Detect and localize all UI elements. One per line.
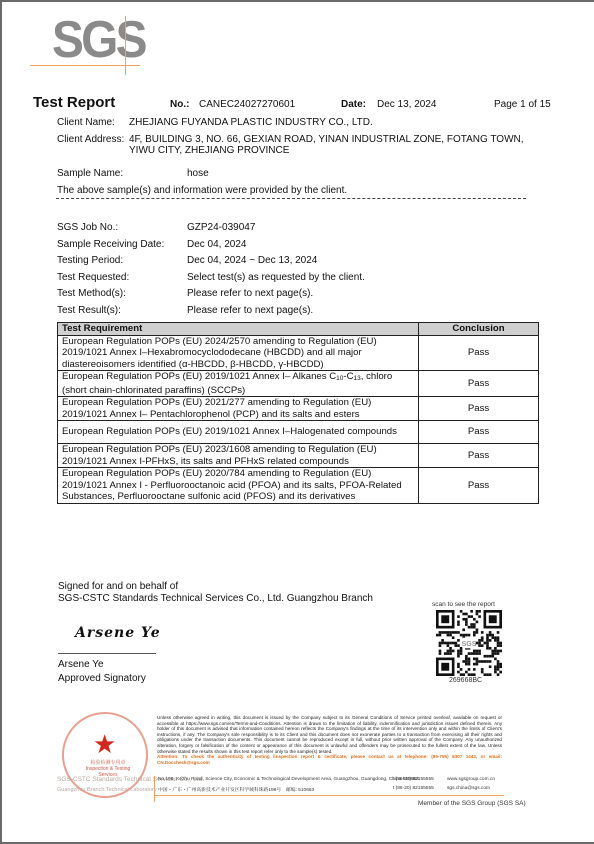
table-row: European Regulation POPs (EU) 2021/277 a… — [58, 397, 539, 421]
signing-company: SGS-CSTC Standards Technical Services Co… — [58, 593, 373, 605]
star-icon: ★ — [93, 731, 116, 757]
report-date-value: Dec 13, 2024 — [377, 99, 437, 110]
table-header-row: Test Requirement Conclusion — [58, 323, 539, 336]
requirement-text: -C — [343, 371, 353, 382]
requirement-cell: European Regulation POPs (EU) 2024/2570 … — [58, 335, 419, 371]
report-title: Test Report — [33, 94, 115, 111]
signatory-name: Arsene Ye — [58, 659, 104, 671]
requirement-cell: European Regulation POPs (EU) 2019/1021 … — [58, 421, 419, 444]
table-row: European Regulation POPs (EU) 2023/1608 … — [58, 444, 539, 468]
job-field-label: SGS Job No.: — [57, 222, 118, 234]
table-row: European Regulation POPs (EU) 2024/2570 … — [58, 335, 539, 371]
handwritten-signature: Arsene Ye — [75, 625, 161, 641]
job-field-value: Dec 04, 2024 ~ Dec 13, 2024 — [187, 255, 317, 267]
disclaimer-attention: Attention: To check the authenticity of … — [157, 754, 502, 765]
qr-code-id: 269668BC — [449, 677, 482, 684]
job-field-label: Sample Receiving Date: — [57, 239, 164, 251]
job-field-value: GZP24-039047 — [187, 222, 255, 234]
job-field-label: Testing Period: — [57, 255, 123, 267]
page-number: Page 1 of 15 — [494, 99, 551, 110]
stamp-line2: Guangzhou Branch Technical Laboratory — [57, 787, 157, 793]
footer-address-cn: 中国・广东・广州高新技术产业开发区科学城科珠路198号 邮编: 510663 — [158, 786, 314, 793]
header-test-requirement: Test Requirement — [58, 323, 419, 336]
signed-on-behalf: Signed for and on behalf of — [58, 581, 178, 593]
job-field-label: Test Requested: — [57, 272, 129, 284]
requirement-cell: European Regulation POPs (EU) 2020/784 a… — [58, 468, 419, 504]
job-field-value: Dec 04, 2024 — [187, 239, 247, 251]
section-divider — [56, 198, 526, 199]
test-requirement-table: Test Requirement Conclusion European Reg… — [57, 322, 539, 504]
subscript: 13 — [354, 375, 361, 382]
report-no-value: CANEC24027270601 — [199, 99, 295, 110]
logo-accent-line — [30, 65, 140, 66]
footer-tel-2: t (86-20) 82155555 — [393, 786, 434, 791]
footer-accent-line-vertical — [154, 776, 155, 802]
conclusion-cell: Pass — [419, 468, 539, 504]
job-field-label: Test Method(s): — [57, 288, 126, 300]
svg-text:SGS: SGS — [462, 641, 477, 648]
report-date-label: Date: — [341, 99, 366, 110]
legal-disclaimer: Unless otherwise agreed in writing, this… — [157, 715, 502, 765]
signatory-role: Approved Signatory — [58, 673, 146, 685]
stamp-center-cn: 检验检测专用章 — [78, 759, 138, 766]
job-field-label: Test Result(s): — [57, 305, 121, 317]
sgs-logo: SGS — [52, 14, 145, 66]
sgs-group-member: Member of the SGS Group (SGS SA) — [418, 800, 526, 807]
sample-name-label: Sample Name: — [57, 168, 123, 180]
job-field-value: Select test(s) as requested by the clien… — [187, 272, 365, 284]
table-row: European Regulation POPs (EU) 2019/1021 … — [58, 421, 539, 444]
client-name-value: ZHEJIANG FUYANDA PLASTIC INDUSTRY CO., L… — [129, 117, 373, 129]
footer-tel-1: t (86-20) 82155555 — [393, 777, 434, 782]
header-conclusion: Conclusion — [419, 323, 539, 336]
requirement-text: European Regulation POPs (EU) 2019/1021 … — [62, 371, 336, 382]
conclusion-cell: Pass — [419, 335, 539, 371]
client-name-label: Client Name: — [57, 117, 115, 129]
table-row: European Regulation POPs (EU) 2019/1021 … — [58, 371, 539, 397]
table-row: European Regulation POPs (EU) 2020/784 a… — [58, 468, 539, 504]
report-no-label: No.: — [170, 99, 189, 110]
requirement-cell: European Regulation POPs (EU) 2019/1021 … — [58, 371, 419, 397]
conclusion-cell: Pass — [419, 371, 539, 397]
qr-caption: scan to see the report — [432, 601, 495, 608]
qr-code-icon[interactable]: SGS — [434, 610, 504, 676]
logo-accent-line-vertical — [125, 16, 126, 75]
job-field-value: Please refer to next page(s). — [187, 305, 313, 317]
sample-note: The above sample(s) and information were… — [57, 185, 347, 197]
signature-line — [58, 653, 156, 654]
conclusion-cell: Pass — [419, 421, 539, 444]
footer-website[interactable]: www.sgsgroup.com.cn — [447, 777, 495, 782]
job-field-value: Please refer to next page(s). — [187, 288, 313, 300]
client-address-label: Client Address: — [57, 134, 124, 146]
footer-email[interactable]: sgs.china@sgs.com — [447, 786, 490, 791]
disclaimer-body: Unless otherwise agreed in writing, this… — [157, 715, 502, 754]
footer-address-en: No.198, Kezhu Road, Science City, Econom… — [158, 777, 419, 782]
footer-accent-line — [154, 795, 504, 796]
requirement-cell: European Regulation POPs (EU) 2021/277 a… — [58, 397, 419, 421]
client-address-line2: YIWU CITY, ZHEJIANG PROVINCE — [129, 145, 289, 157]
requirement-cell: European Regulation POPs (EU) 2023/1608 … — [58, 444, 419, 468]
sample-name-value: hose — [187, 168, 209, 180]
conclusion-cell: Pass — [419, 444, 539, 468]
conclusion-cell: Pass — [419, 397, 539, 421]
